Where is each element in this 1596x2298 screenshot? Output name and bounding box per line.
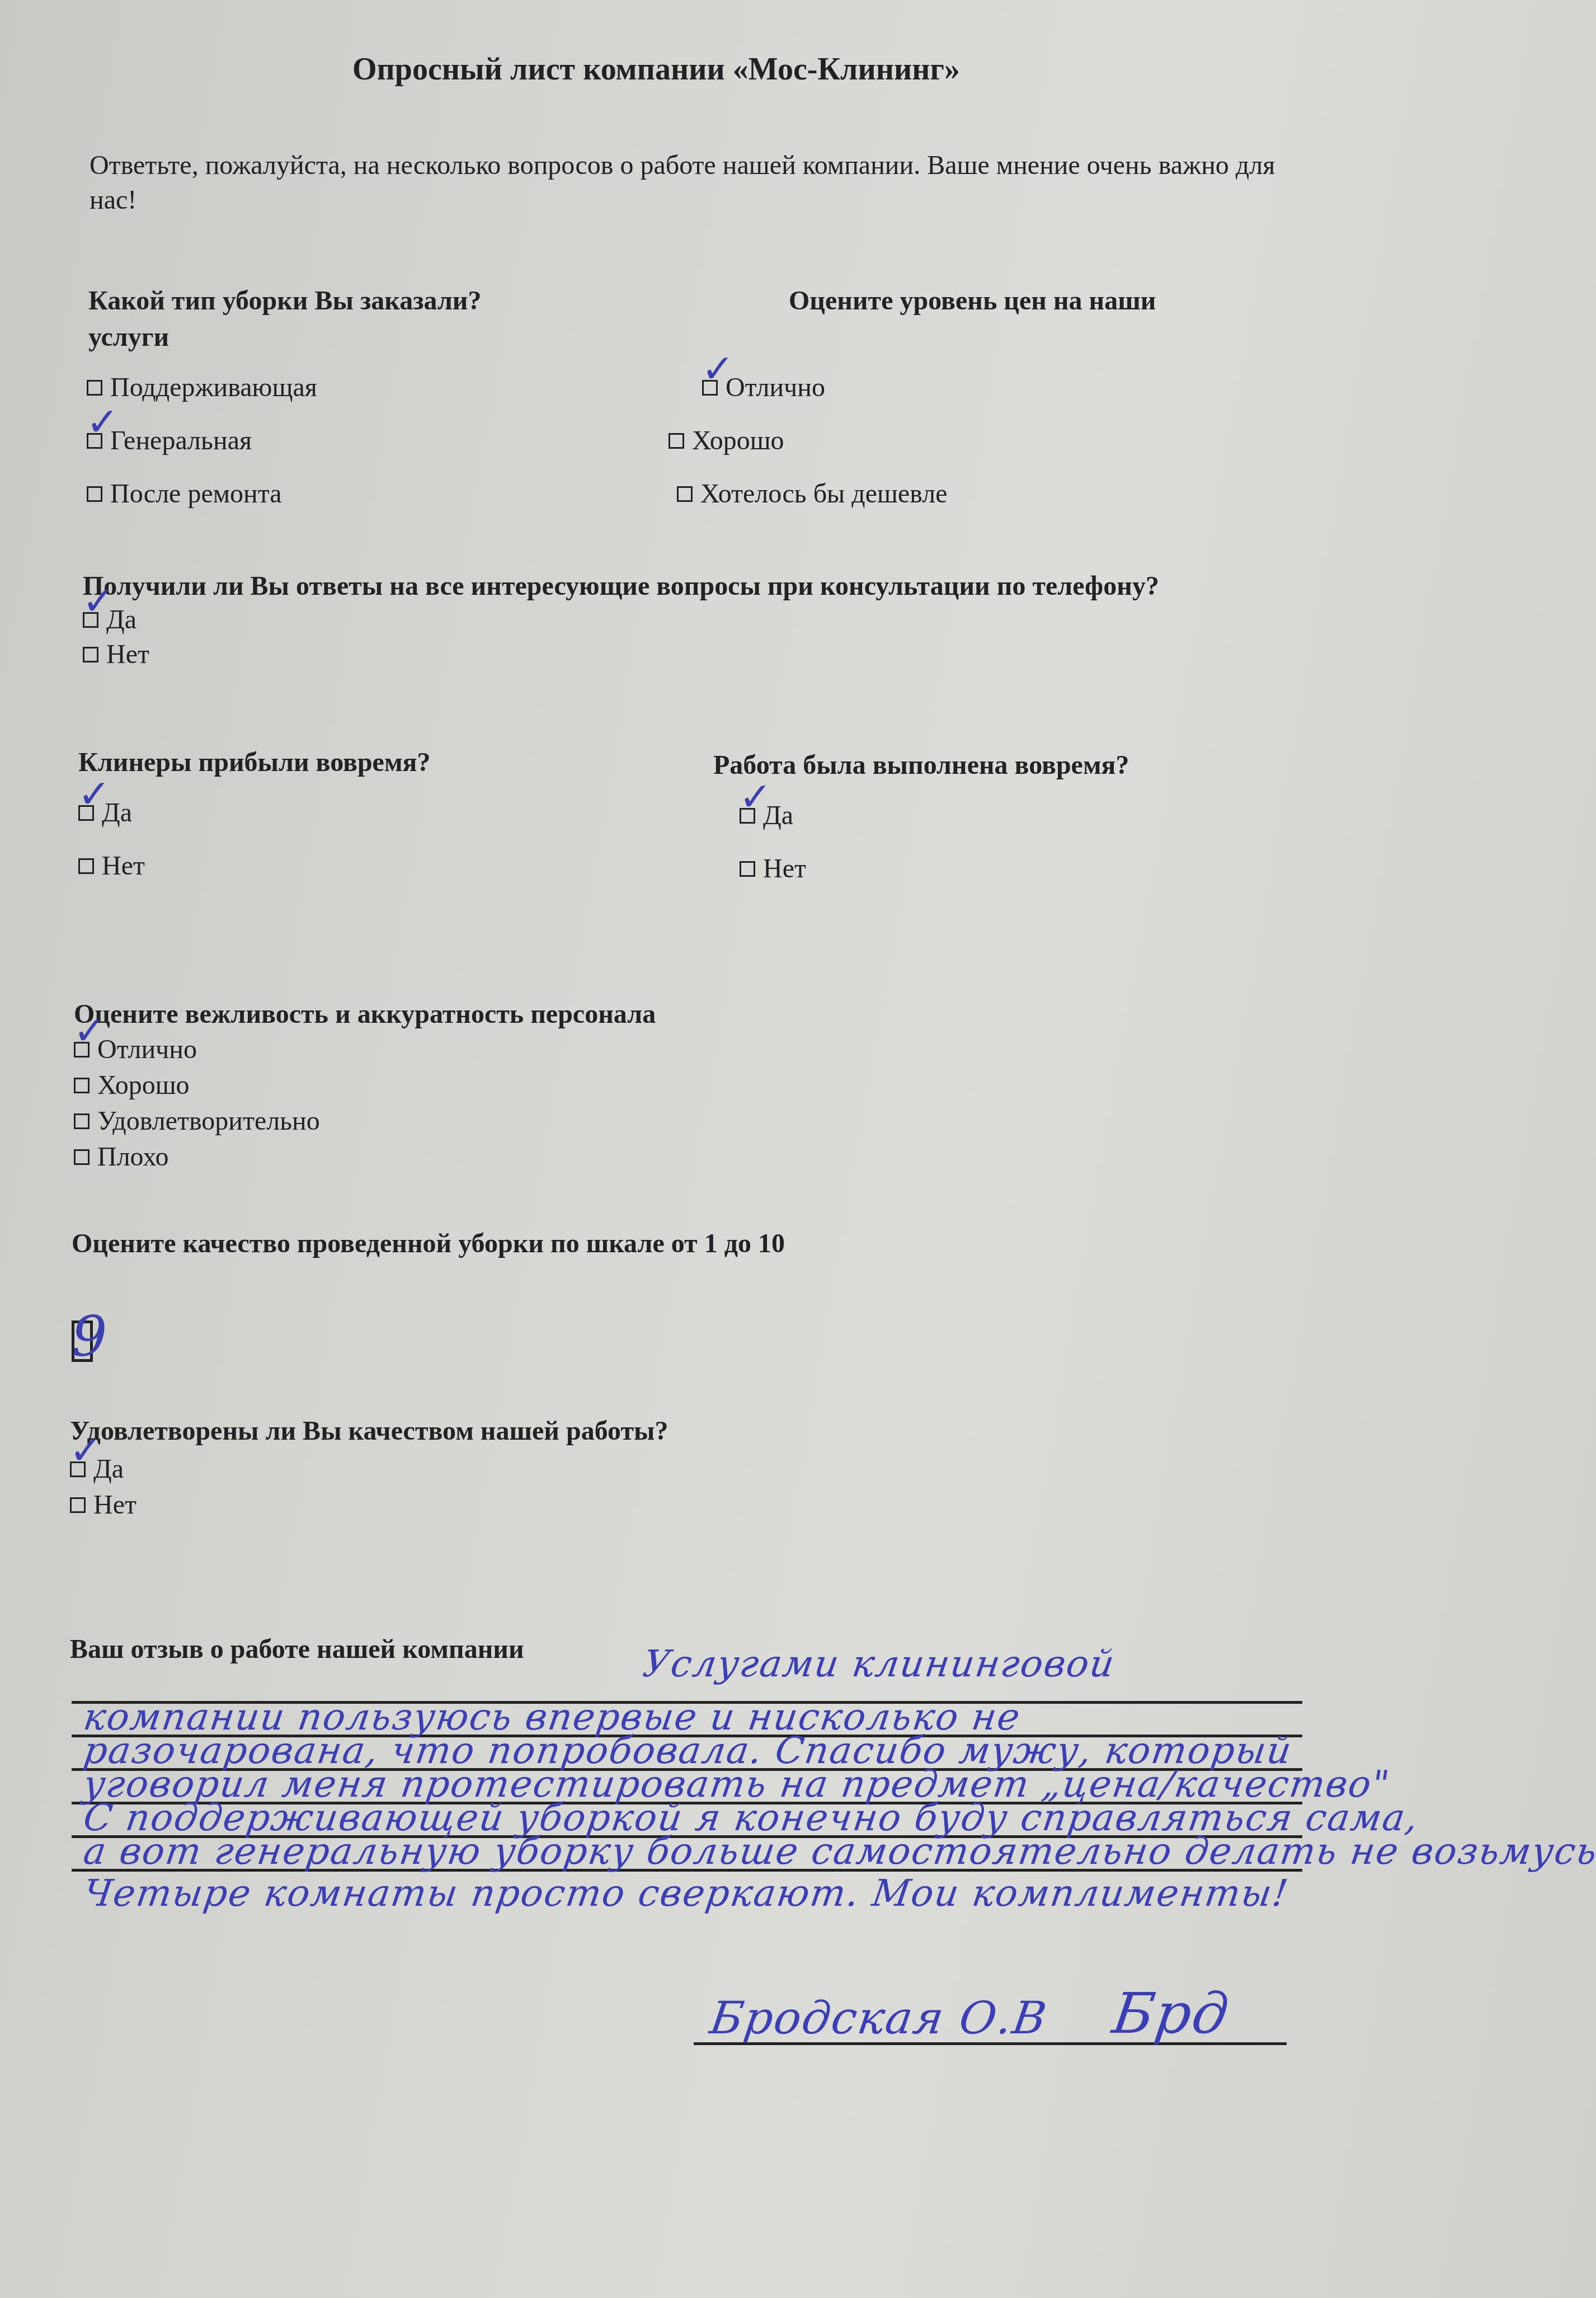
checkbox[interactable] xyxy=(87,380,102,396)
checkbox[interactable] xyxy=(78,858,94,874)
question-review: Ваш отзыв о работе нашей компании xyxy=(70,1634,524,1665)
checkbox-checked[interactable]: ✓ xyxy=(78,805,94,821)
checkmark-icon: ✓ xyxy=(73,1011,106,1050)
option-satisfied-no[interactable]: Нет xyxy=(70,1489,136,1520)
option-arrival-no[interactable]: Нет xyxy=(78,850,145,881)
question-satisfied: Удовлетворены ли Вы качеством нашей рабо… xyxy=(70,1416,668,1446)
option-price-excellent[interactable]: ✓Отлично xyxy=(702,372,825,403)
option-phone-no[interactable]: Нет xyxy=(83,639,149,670)
question-completion: Работа была выполнена вовремя? xyxy=(713,750,1129,781)
checkmark-icon: ✓ xyxy=(82,581,115,621)
checkmark-icon: ✓ xyxy=(86,402,119,441)
option-maintenance[interactable]: Поддерживающая xyxy=(87,372,317,403)
checkbox-checked[interactable]: ✓ xyxy=(83,612,98,628)
checkbox-checked[interactable]: ✓ xyxy=(70,1461,86,1477)
checkbox[interactable] xyxy=(87,486,102,502)
option-price-cheaper[interactable]: Хотелось бы дешевле xyxy=(677,478,948,509)
question-quality-score: Оцените качество проведенной уборки по ш… xyxy=(72,1228,785,1259)
option-after-renovation[interactable]: После ремонта xyxy=(87,478,282,509)
review-line: Услугами клининговой xyxy=(641,1642,1118,1685)
option-politeness-excellent[interactable]: ✓Отлично xyxy=(74,1034,197,1065)
score-value: 9 xyxy=(72,1304,107,1369)
checkbox[interactable] xyxy=(668,433,684,449)
checkbox[interactable] xyxy=(677,486,693,502)
checkmark-icon: ✓ xyxy=(702,349,735,388)
checkbox[interactable] xyxy=(74,1113,90,1129)
option-phone-yes[interactable]: ✓Да xyxy=(83,604,136,635)
form-title: Опросный лист компании «Мос-Клининг» xyxy=(352,51,960,87)
option-satisfied-yes[interactable]: ✓Да xyxy=(70,1454,124,1484)
signature-name: Бродская О.В xyxy=(707,1992,1050,2044)
question-cleaning-type: Какой тип уборки Вы заказали? xyxy=(88,285,482,316)
option-politeness-bad[interactable]: Плохо xyxy=(74,1141,169,1172)
signature-initials: Брд xyxy=(1109,1981,1234,2046)
checkmark-icon: ✓ xyxy=(78,774,111,814)
checkbox[interactable] xyxy=(74,1078,90,1093)
option-completion-yes[interactable]: ✓Да xyxy=(740,800,793,831)
checkbox[interactable] xyxy=(74,1149,90,1165)
option-politeness-satisfactory[interactable]: Удовлетворительно xyxy=(74,1106,320,1136)
review-line: а вот генеральную уборку больше самостоя… xyxy=(81,1830,1596,1873)
option-completion-no[interactable]: Нет xyxy=(740,853,806,884)
intro-text: Ответьте, пожалуйста, на несколько вопро… xyxy=(90,148,1320,218)
option-politeness-good[interactable]: Хорошо xyxy=(74,1070,190,1101)
question-phone: Получили ли Вы ответы на все интересующи… xyxy=(83,571,1159,601)
question-prices-continued: услуги xyxy=(88,322,169,353)
option-arrival-yes[interactable]: ✓Да xyxy=(78,797,132,828)
question-prices: Оцените уровень цен на наши xyxy=(789,285,1156,316)
question-politeness: Оцените вежливость и аккуратность персон… xyxy=(74,999,656,1030)
checkbox-checked[interactable]: ✓ xyxy=(740,808,755,824)
checkbox[interactable] xyxy=(740,861,755,877)
checkbox-checked[interactable]: ✓ xyxy=(702,380,718,396)
checkbox-checked[interactable]: ✓ xyxy=(74,1042,90,1058)
option-price-good[interactable]: Хорошо xyxy=(668,425,784,456)
checkbox[interactable] xyxy=(83,647,98,662)
option-general[interactable]: ✓Генеральная xyxy=(87,425,252,456)
checkmark-icon: ✓ xyxy=(739,777,772,816)
checkmark-icon: ✓ xyxy=(69,1431,102,1470)
question-arrival: Клинеры прибыли вовремя? xyxy=(78,747,431,778)
review-line: Четыре комнаты просто сверкают. Мои комп… xyxy=(81,1872,1292,1915)
checkbox[interactable] xyxy=(70,1497,86,1513)
checkbox-checked[interactable]: ✓ xyxy=(87,433,102,449)
